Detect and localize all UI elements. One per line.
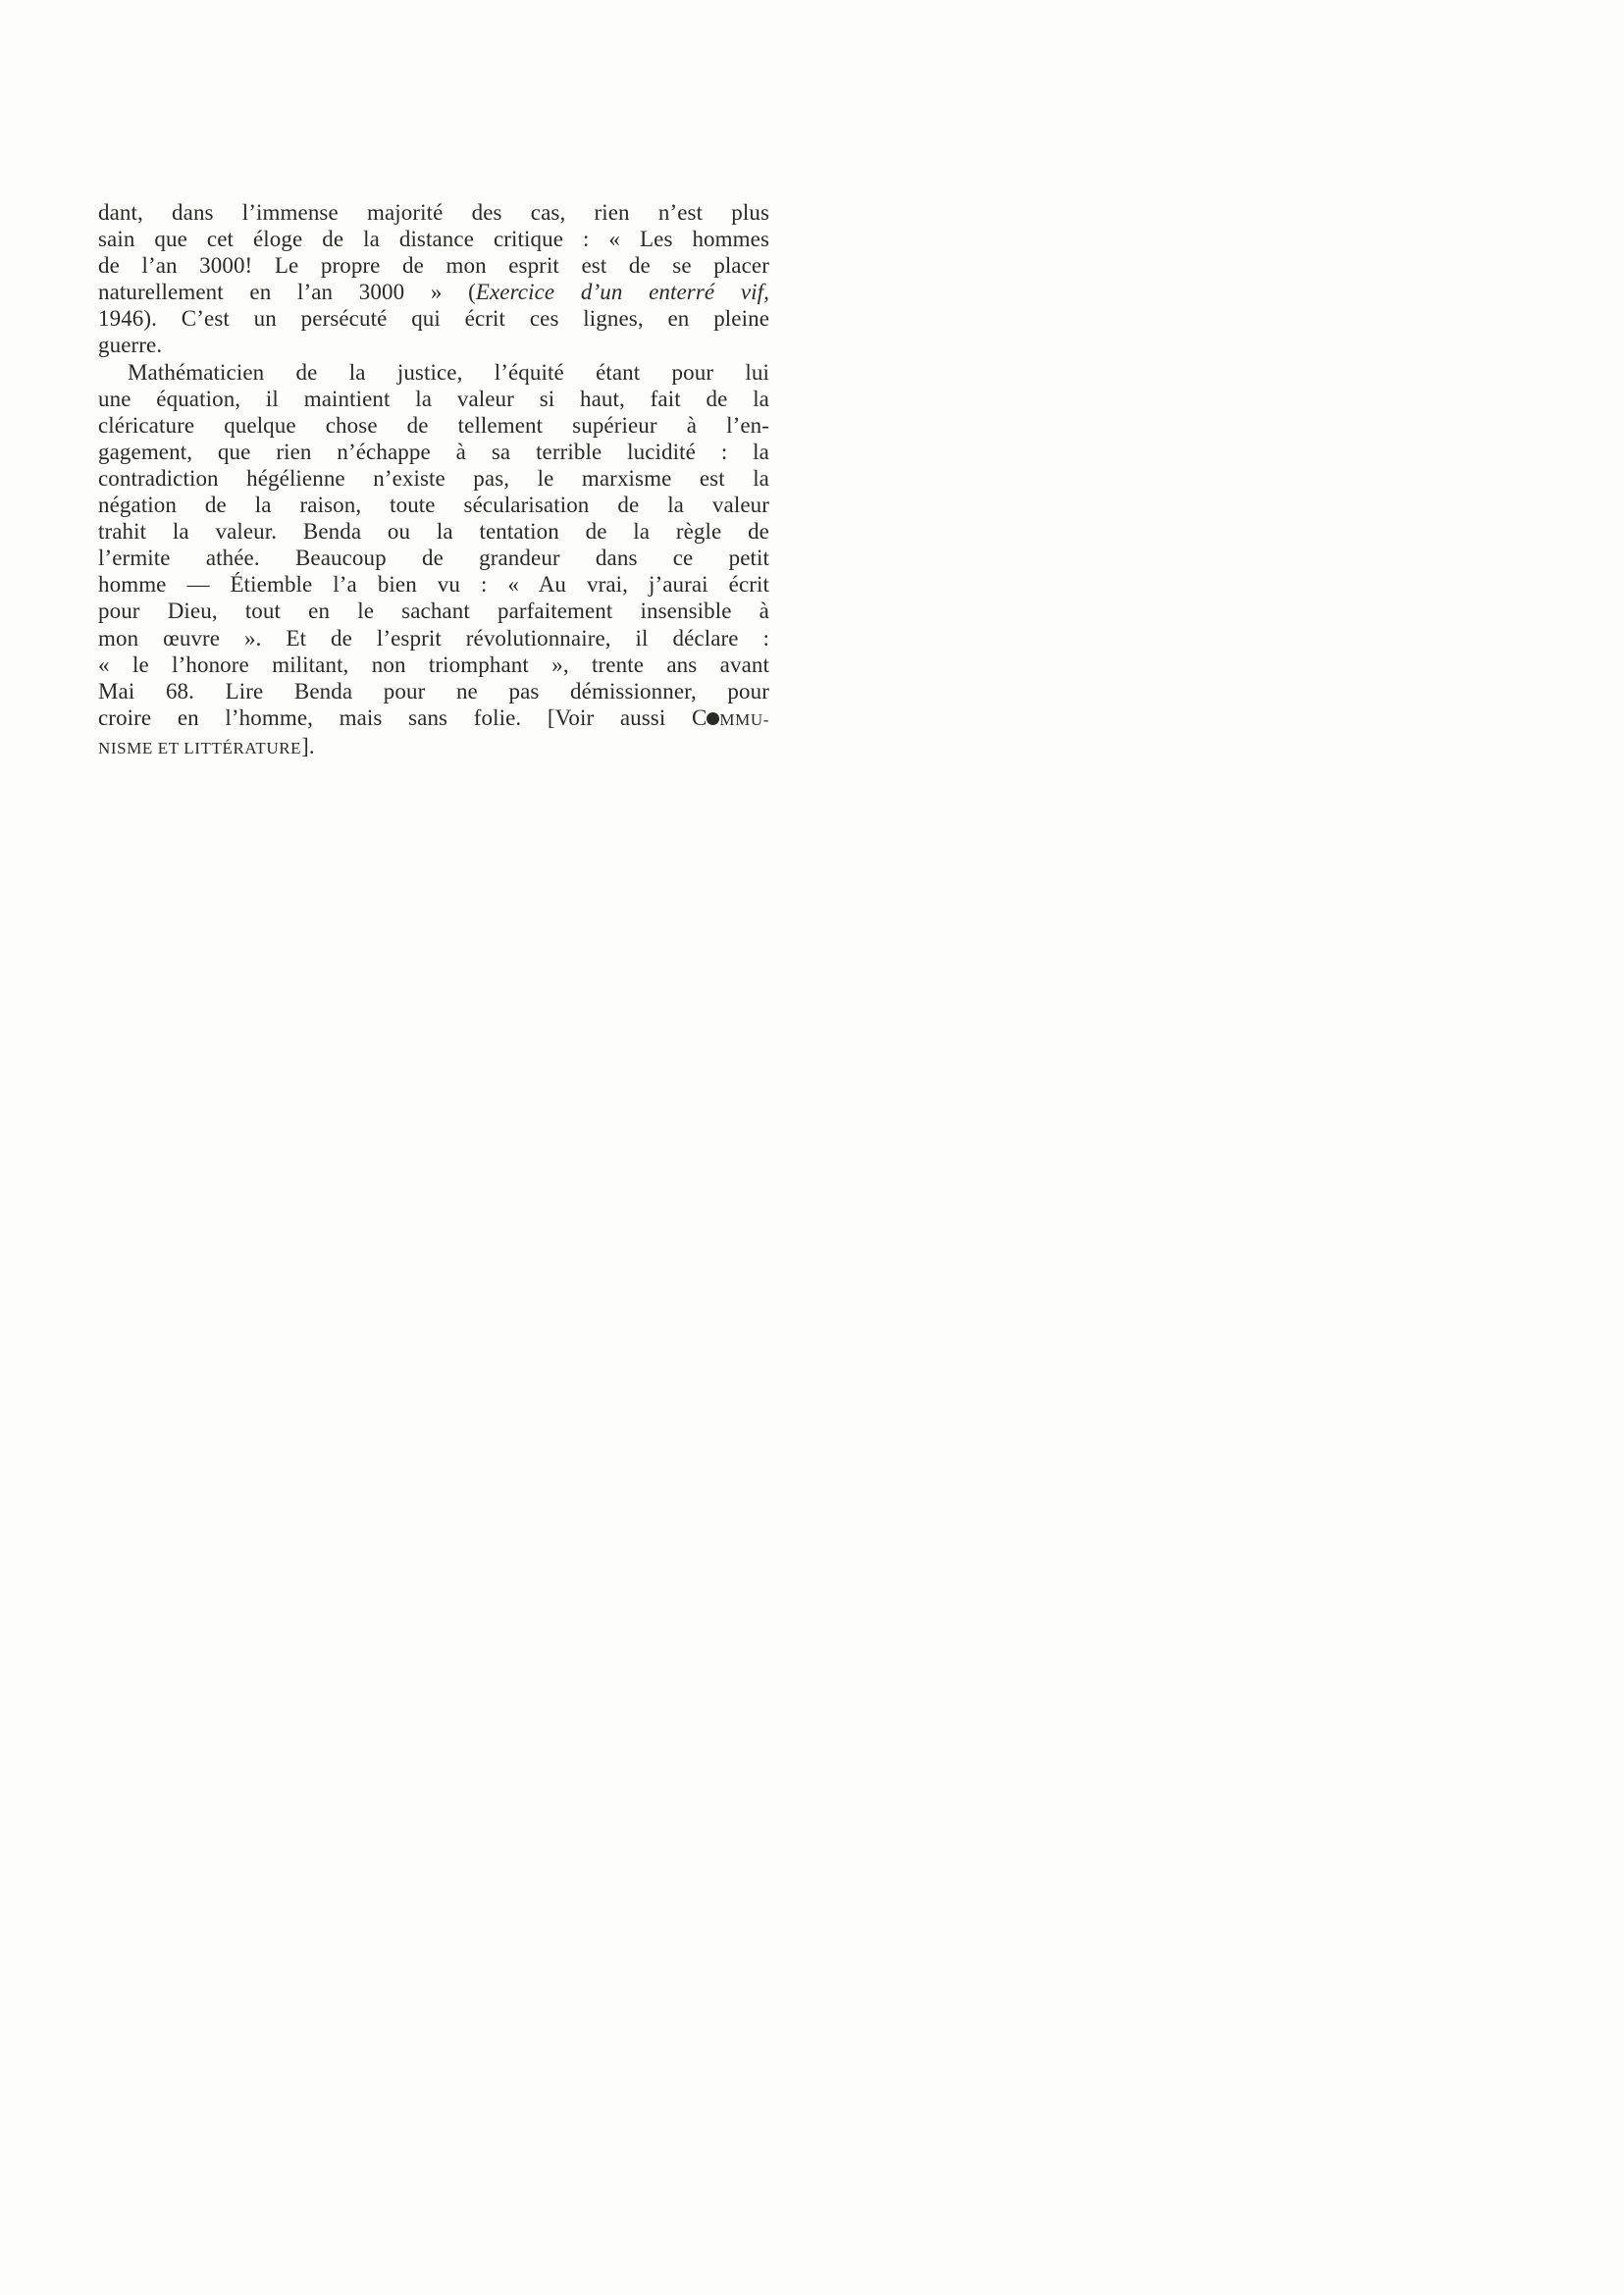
- text-segment: contradiction hégélienne n’existe pas, l…: [98, 466, 769, 491]
- text-line: pour Dieu, tout en le sachant parfaiteme…: [98, 598, 769, 624]
- text-line: l’ermite athée. Beaucoup de grandeur dan…: [98, 545, 769, 571]
- text-line: une équation, il maintient la valeur si …: [98, 386, 769, 412]
- text-segment: dant, dans l’immense majorité des cas, r…: [98, 200, 769, 225]
- text-segment: cléricature quelque chose de tellement s…: [98, 413, 769, 438]
- text-line: trahit la valeur. Benda ou la tentation …: [98, 518, 769, 545]
- text-line: contradiction hégélienne n’existe pas, l…: [98, 465, 769, 492]
- text-segment: gagement, que rien n’échappe à sa terrib…: [98, 440, 769, 464]
- text-segment: croire en l’homme, mais sans folie. [Voi…: [98, 705, 707, 730]
- text-line: NISME ET LITTÉRATURE].: [98, 733, 769, 761]
- text-segment: négation de la raison, toute sécularisat…: [98, 493, 769, 517]
- text-line: gagement, que rien n’échappe à sa terrib…: [98, 439, 769, 465]
- text-segment: une équation, il maintient la valeur si …: [98, 387, 769, 411]
- text-line: sain que cet éloge de la distance critiq…: [98, 226, 769, 252]
- text-segment: « le l’honore militant, non triomphant »…: [98, 652, 769, 677]
- text-line: croire en l’homme, mais sans folie. [Voi…: [98, 704, 769, 733]
- text-line: homme — Étiemble l’a bien vu : « Au vrai…: [98, 571, 769, 598]
- text-line: guerre.: [98, 332, 769, 358]
- ink-blob-letter: O: [707, 712, 719, 725]
- text-segment: NISME ET LITTÉRATURE: [98, 739, 301, 757]
- text-line: négation de la raison, toute sécularisat…: [98, 492, 769, 518]
- text-segment: trahit la valeur. Benda ou la tentation …: [98, 519, 769, 544]
- text-segment: de l’an 3000! Le propre de mon esprit es…: [98, 253, 769, 278]
- text-line: dant, dans l’immense majorité des cas, r…: [98, 199, 769, 226]
- text-segment: sain que cet éloge de la distance critiq…: [98, 227, 769, 251]
- text-segment: pour Dieu, tout en le sachant parfaiteme…: [98, 599, 769, 623]
- text-column: dant, dans l’immense majorité des cas, r…: [98, 199, 769, 761]
- text-segment: Mathématicien de la justice, l’équité ét…: [128, 360, 769, 385]
- paragraph: Mathématicien de la justice, l’équité ét…: [98, 359, 769, 761]
- text-segment: naturellement en l’an 3000 » (: [98, 280, 476, 304]
- text-segment: guerre.: [98, 333, 162, 357]
- paragraph: dant, dans l’immense majorité des cas, r…: [98, 199, 769, 359]
- text-line: de l’an 3000! Le propre de mon esprit es…: [98, 252, 769, 279]
- text-line: cléricature quelque chose de tellement s…: [98, 412, 769, 439]
- text-line: « le l’honore militant, non triomphant »…: [98, 652, 769, 678]
- text-line: 1946). C’est un persécuté qui écrit ces …: [98, 305, 769, 332]
- text-line: mon œuvre ». Et de l’esprit révolutionna…: [98, 625, 769, 652]
- text-segment: mon œuvre ». Et de l’esprit révolutionna…: [98, 626, 769, 651]
- text-segment: ].: [301, 734, 315, 758]
- text-line: Mathématicien de la justice, l’équité ét…: [98, 359, 769, 386]
- text-line: Mai 68. Lire Benda pour ne pas démission…: [98, 678, 769, 704]
- text-line: naturellement en l’an 3000 » (Exercice d…: [98, 279, 769, 305]
- text-segment: Mai 68. Lire Benda pour ne pas démission…: [98, 679, 769, 704]
- text-segment: 1946). C’est un persécuté qui écrit ces …: [98, 306, 769, 331]
- text-segment: Exercice d’un enterré vif,: [476, 280, 769, 304]
- text-segment: l’ermite athée. Beaucoup de grandeur dan…: [98, 546, 769, 570]
- text-segment: MMU-: [719, 710, 769, 729]
- text-segment: homme — Étiemble l’a bien vu : « Au vrai…: [98, 572, 769, 597]
- scanned-page: dant, dans l’immense majorité des cas, r…: [0, 0, 1624, 2295]
